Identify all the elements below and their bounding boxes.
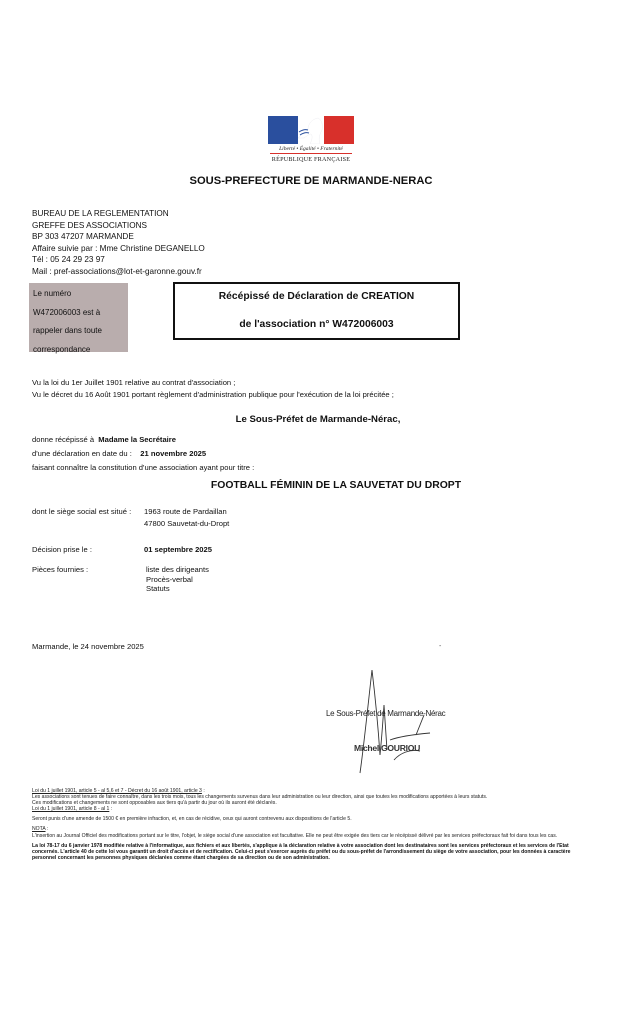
bureau-phone: Tél : 05 24 29 23 97 bbox=[32, 254, 205, 266]
bureau-contact-block: BUREAU DE LA REGLEMENTATION GREFFE DES A… bbox=[32, 208, 205, 278]
legal-reference-1: Loi du 1 juillet 1901, article 5 - al 5,… bbox=[32, 788, 202, 794]
preamble-line: Vu la loi du 1er Juillet 1901 relative a… bbox=[32, 377, 394, 389]
data-protection-notice: La loi 78-17 du 6 janvier 1978 modifiée … bbox=[32, 843, 572, 861]
office-title: SOUS-PREFECTURE DE MARMANDE-NERAC bbox=[0, 175, 622, 187]
association-number: de l'association n° W472006003 bbox=[175, 319, 458, 330]
constitution-text: faisant connaître la constitution d'une … bbox=[32, 463, 254, 472]
bureau-line: BP 303 47207 MARMANDE bbox=[32, 231, 205, 243]
signer-heading: Le Sous-Préfet de Marmande-Nérac, bbox=[0, 414, 622, 425]
place-and-date: Marmande, le 24 novembre 2025 bbox=[32, 642, 144, 651]
declaration-label: d'une déclaration en date du : bbox=[32, 449, 132, 458]
document-item: Statuts bbox=[146, 584, 209, 594]
republic-label: RÉPUBLIQUE FRANÇAISE bbox=[268, 156, 354, 163]
bureau-line: GREFFE DES ASSOCIATIONS bbox=[32, 220, 205, 232]
recipient-row: donne récépissé à Madame la Secrétaire bbox=[32, 435, 176, 444]
legal-reference-suffix: : bbox=[109, 806, 112, 812]
bureau-line: Affaire suivie par : Mme Christine DEGAN… bbox=[32, 243, 205, 255]
republique-francaise-logo: Liberté • Égalité • Fraternité RÉPUBLIQU… bbox=[268, 116, 354, 166]
reference-number-box: Le numéro W472006003 est à rappeler dans… bbox=[29, 283, 128, 352]
flag-blue-band bbox=[268, 116, 298, 144]
legal-notes: Loi du 1 juillet 1901, article 5 - al 5,… bbox=[32, 788, 572, 861]
recipient-value: Madame la Secrétaire bbox=[98, 435, 176, 444]
reference-line: Le numéro bbox=[33, 285, 128, 304]
seat-label: dont le siège social est situé : bbox=[32, 507, 131, 516]
declaration-value: 21 novembre 2025 bbox=[140, 449, 206, 458]
legal-preamble: Vu la loi du 1er Juillet 1901 relative a… bbox=[32, 377, 394, 401]
seat-address-line1: 1963 route de Pardaillan bbox=[144, 507, 227, 516]
nota-text: L'insertion au Journal Officiel des modi… bbox=[32, 833, 572, 839]
document-item: Procès-verbal bbox=[146, 575, 209, 585]
reference-line: W472006003 est à bbox=[33, 304, 128, 323]
documents-list: liste des dirigeants Procès-verbal Statu… bbox=[146, 565, 209, 594]
stray-mark: - bbox=[439, 643, 441, 650]
flag-red-band bbox=[324, 116, 354, 144]
handwritten-signature-icon bbox=[320, 665, 470, 775]
motto: Liberté • Égalité • Fraternité bbox=[268, 146, 354, 152]
decision-date: 01 septembre 2025 bbox=[144, 545, 212, 554]
legal-reference-2: Loi du 1 juillet 1901, article 8 - al 1 bbox=[32, 806, 109, 812]
nota-label: NOTA bbox=[32, 826, 46, 832]
documents-label: Pièces fournies : bbox=[32, 565, 88, 574]
seat-address-line2: 47800 Sauvetat-du-Dropt bbox=[144, 519, 229, 528]
motto-underline bbox=[270, 153, 352, 154]
bureau-line: BUREAU DE LA REGLEMENTATION bbox=[32, 208, 205, 220]
signature-block: Le Sous-Préfet de Marmande-Nérac Michel … bbox=[320, 665, 470, 775]
signature-title: Le Sous-Préfet de Marmande-Nérac bbox=[326, 709, 445, 718]
association-name: FOOTBALL FÉMININ DE LA SAUVETAT DU DROPT bbox=[0, 480, 622, 491]
reference-line: correspondance bbox=[33, 341, 128, 360]
legal-reference-suffix: : bbox=[202, 788, 205, 794]
signatory-name: Michel GOURIOU bbox=[354, 743, 420, 753]
recipient-label: donne récépissé à bbox=[32, 435, 94, 444]
marianne-logo-icon bbox=[296, 116, 326, 144]
decision-label: Décision prise le : bbox=[32, 545, 92, 554]
receipt-title-box: Récépissé de Déclaration de CREATION de … bbox=[173, 282, 460, 340]
document-item: liste des dirigeants bbox=[146, 565, 209, 575]
receipt-title: Récépissé de Déclaration de CREATION bbox=[175, 291, 458, 302]
preamble-line: Vu le décret du 16 Août 1901 portant règ… bbox=[32, 389, 394, 401]
bureau-email: Mail : pref-associations@lot-et-garonne.… bbox=[32, 266, 205, 278]
reference-line: rappeler dans toute bbox=[33, 322, 128, 341]
nota-suffix: : bbox=[46, 826, 49, 832]
declaration-date-row: d'une déclaration en date du : 21 novemb… bbox=[32, 449, 206, 458]
